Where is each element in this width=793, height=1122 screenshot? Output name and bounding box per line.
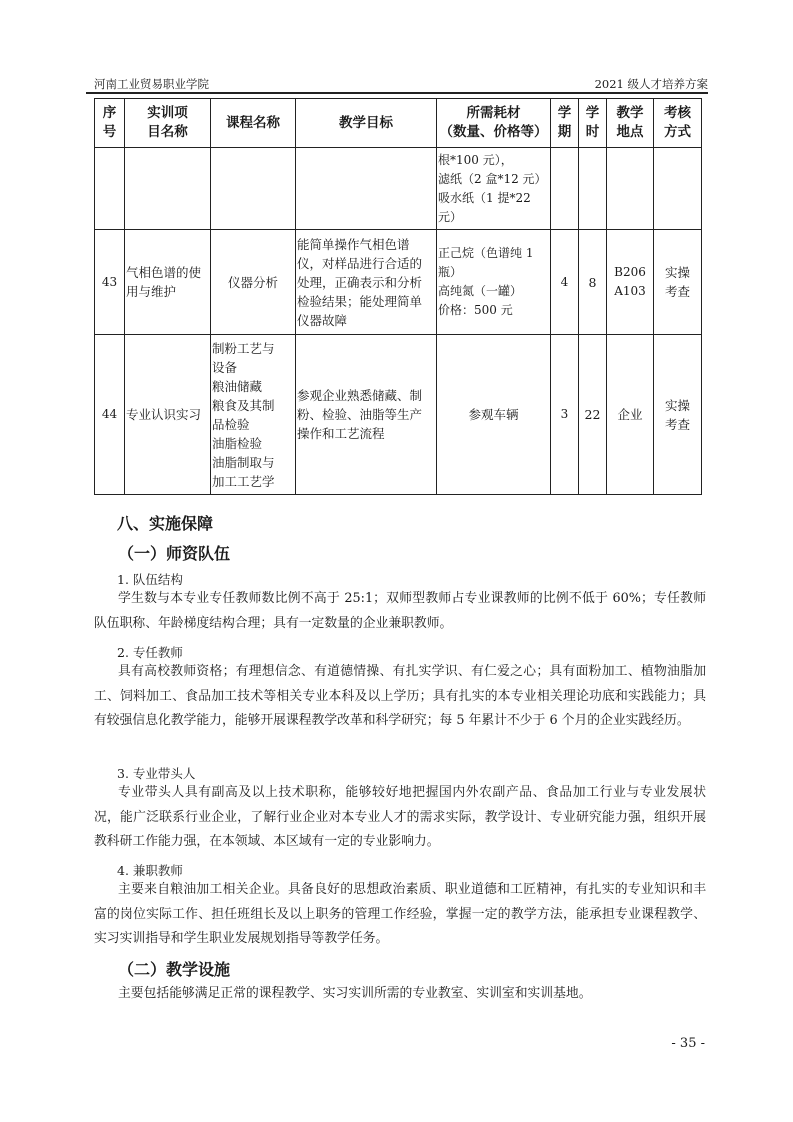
section-title: 八、实施保障: [117, 511, 213, 534]
cell-course: 制粉工艺与 设备 粮油储藏 粮食及其制 品检验 油脂检验 油脂制取与 加工工艺学: [211, 335, 296, 495]
cell-no: 43: [95, 230, 125, 335]
col-header-assessment: 考核方式: [654, 99, 702, 148]
item-text-parttime-teachers: 主要来自粮油加工相关企业。具备良好的思想政治素质、职业道德和工匠精神，有扎实的专…: [94, 878, 706, 952]
cell-term: 3: [551, 335, 579, 495]
cell-materials: 正己烷（色谱纯 1 瓶） 高纯氮（一罐） 价格：500 元: [437, 230, 551, 335]
item-heading-fulltime-teachers: 2. 专任教师: [117, 643, 183, 661]
col-header-no: 序号: [95, 99, 125, 148]
document-title: 2021 级人才培养方案: [595, 76, 708, 92]
cell-goal: 参观企业熟悉储藏、制 粉、检验、油脂等生产 操作和工艺流程: [296, 335, 437, 495]
col-header-goal: 教学目标: [296, 99, 437, 148]
cell-project: [125, 148, 211, 230]
cell-assessment: 实操 考查: [654, 230, 702, 335]
subsection-title-facilities: （二）教学设施: [118, 957, 230, 980]
col-header-term: 学期: [551, 99, 579, 148]
subsection-title-faculty: （一）师资队伍: [118, 541, 230, 564]
cell-goal: [296, 148, 437, 230]
header-divider: [86, 92, 708, 94]
col-header-hours: 学时: [579, 99, 607, 148]
cell-materials: 参观车辆: [437, 335, 551, 495]
facilities-text: 主要包括能够满足正常的课程教学、实习实训所需的专业教室、实训室和实训基地。: [94, 982, 706, 1007]
cell-no: [95, 148, 125, 230]
cell-course: [211, 148, 296, 230]
cell-course: 仪器分析: [211, 230, 296, 335]
cell-hours: 8: [579, 230, 607, 335]
cell-location: 企业: [607, 335, 654, 495]
item-text-fulltime-teachers: 具有高校教师资格；有理想信念、有道德情操、有扎实学识、有仁爱之心；具有面粉加工、…: [94, 660, 706, 734]
cell-term: [551, 148, 579, 230]
table-header-row: 序号 实训项目名称 课程名称 教学目标 所需耗材（数量、价格等） 学期 学时 教…: [95, 99, 702, 148]
col-header-location: 教学地点: [607, 99, 654, 148]
cell-hours: [579, 148, 607, 230]
institution-name: 河南工业贸易职业学院: [94, 76, 209, 92]
cell-assessment: [654, 148, 702, 230]
cell-assessment: 实操 考查: [654, 335, 702, 495]
page-number: - 35 -: [671, 1036, 705, 1051]
cell-term: 4: [551, 230, 579, 335]
item-heading-team-structure: 1. 队伍结构: [117, 570, 183, 588]
item-text-discipline-leader: 专业带头人具有副高及以上技术职称，能够较好地把握国内外农副产品、食品加工行业与专…: [94, 781, 706, 855]
cell-goal: 能简单操作气相色谱 仪，对样品进行合适的 处理，正确表示和分析 检验结果；能处理…: [296, 230, 437, 335]
col-header-project: 实训项目名称: [125, 99, 211, 148]
training-table: 序号 实训项目名称 课程名称 教学目标 所需耗材（数量、价格等） 学期 学时 教…: [94, 98, 702, 495]
cell-location: [607, 148, 654, 230]
item-text-team-structure: 学生数与本专业专任教师数比例不高于 25:1；双师型教师占专业课教师的比例不低于…: [94, 587, 706, 636]
table-row: 根*100 元）， 滤纸（2 盒*12 元） 吸水纸（1 提*22 元）: [95, 148, 702, 230]
cell-project: 气相色谱的使 用与维护: [125, 230, 211, 335]
cell-location: B206 A103: [607, 230, 654, 335]
col-header-materials: 所需耗材（数量、价格等）: [437, 99, 551, 148]
item-heading-discipline-leader: 3. 专业带头人: [117, 764, 195, 782]
cell-project: 专业认识实习: [125, 335, 211, 495]
cell-materials: 根*100 元）， 滤纸（2 盒*12 元） 吸水纸（1 提*22 元）: [437, 148, 551, 230]
col-header-course: 课程名称: [211, 99, 296, 148]
item-heading-parttime-teachers: 4. 兼职教师: [117, 861, 183, 879]
page-header: 河南工业贸易职业学院 2021 级人才培养方案: [94, 76, 708, 90]
cell-no: 44: [95, 335, 125, 495]
table-row: 44 专业认识实习 制粉工艺与 设备 粮油储藏 粮食及其制 品检验 油脂检验 油…: [95, 335, 702, 495]
cell-hours: 22: [579, 335, 607, 495]
table-row: 43 气相色谱的使 用与维护 仪器分析 能简单操作气相色谱 仪，对样品进行合适的…: [95, 230, 702, 335]
